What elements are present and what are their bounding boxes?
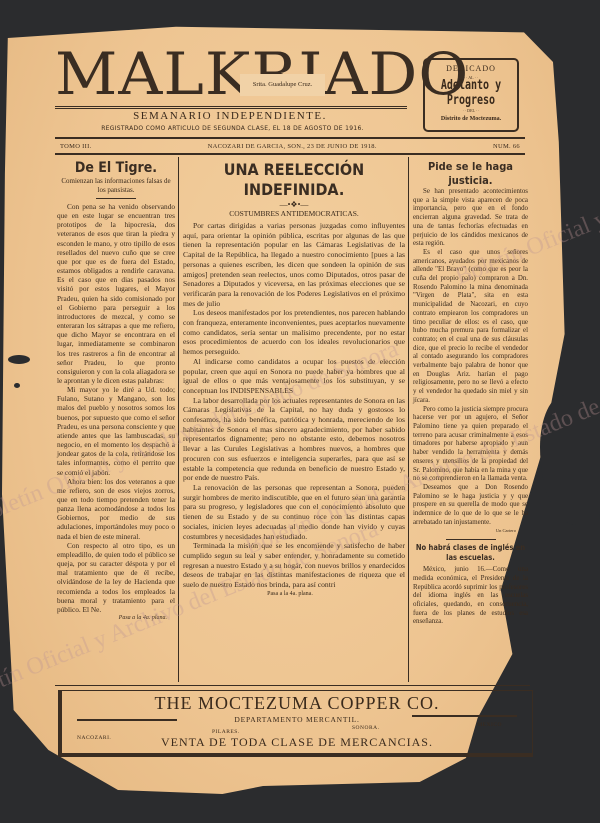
masthead-title: MALKRIADO — [55, 40, 422, 108]
column-divider — [408, 157, 409, 682]
paragraph: Al indicarse como candidatos a ocupar lo… — [183, 357, 405, 396]
masthead-subtitle: SEMANARIO INDEPENDIENTE. — [100, 110, 360, 122]
paragraph: Los deseos manifestados por los pretendi… — [183, 308, 405, 357]
paragraph: La renovación de las personas que repres… — [183, 483, 405, 541]
article-deck: COSTUMBRES ANTIDEMOCRATICAS. — [183, 209, 405, 218]
paragraph: Con pena se ha venido observando que en … — [57, 202, 175, 385]
continued-note: Pasa a la 4a. plana. — [183, 590, 405, 600]
continued-note: Pasa a la 4a. plana. — [57, 614, 175, 623]
divider — [446, 539, 496, 540]
dedication-line: Distrito de Moctezuma. — [425, 116, 517, 122]
article-justicia: Pide se le haga justicia. Se han present… — [413, 160, 528, 627]
article-de-el-tigre: De El Tigre. Comienzan las informaciones… — [57, 160, 175, 623]
dedication-line: Adelanto y Progreso — [425, 78, 517, 108]
dedication-line: DEDICADO — [425, 64, 517, 73]
paragraph: Deseamos que a Don Rosendo Palomino se l… — [413, 484, 528, 528]
volume-number: TOMO III. — [60, 143, 91, 150]
paragraph: Terminada la misión que se les encomiend… — [183, 541, 405, 590]
article-headline: De El Tigre. — [57, 160, 175, 177]
ad-place: MEXICO — [477, 722, 502, 728]
paragraph: La labor desarrollada por los actuales r… — [183, 396, 405, 483]
place-date: NACOZARI DE GARCIA, SON., 23 DE JUNIO DE… — [208, 143, 377, 150]
column-divider — [178, 157, 179, 682]
divider — [96, 198, 136, 199]
ad-tagline: VENTA DE TODA CLASE DE MERCANCIAS. — [62, 735, 532, 750]
paragraph: Se han presentado acontecimientos que a … — [413, 188, 528, 249]
ad-subtitle: DEPARTAMENTO MERCANTIL. — [62, 715, 532, 724]
paragraph: Con respecto al otro tipo, es un emplead… — [57, 541, 175, 614]
article-reeleccion: UNA REELECCIÓN INDEFINIDA. —•❖•— COSTUMB… — [183, 160, 405, 599]
paragraph: Ahora bien: los dos veteranos a que me r… — [57, 477, 175, 541]
dedication-line: · · DEL · · — [425, 108, 517, 113]
ad-title: THE MOCTEZUMA COPPER CO. — [62, 693, 532, 714]
dateline-rule — [55, 153, 525, 155]
paragraph: México, junio 16.—Como una medida económ… — [413, 566, 528, 627]
article-headline: UNA REELECCIÓN INDEFINIDA. — [183, 160, 405, 200]
issue-number: NUM. 66 — [493, 143, 520, 150]
article-signature: Un Cartero — [413, 527, 516, 536]
article-headline: No habrá clases de inglés en las escuela… — [413, 543, 528, 563]
subscriber-label: Srita. Guadalupe Cruz. — [240, 74, 325, 96]
paper-hole — [8, 355, 30, 364]
article-headline: Pide se le haga justicia. — [413, 160, 528, 188]
dateline-rule — [55, 137, 525, 139]
ornament: —•❖•— — [183, 200, 405, 209]
advertisement-box: THE MOCTEZUMA COPPER CO. DEPARTAMENTO ME… — [58, 690, 533, 757]
paragraph: Mi mayor yo le diré a Ud. todo; Fulano, … — [57, 385, 175, 477]
registration-notice: REGISTRADO COMO ARTICULO DE SEGUNDA CLAS… — [60, 125, 405, 132]
paragraph: Pero como la justicia siempre procura ha… — [413, 406, 528, 484]
dedication-box: DEDICADO · · AL · · Adelanto y Progreso … — [423, 58, 519, 132]
paragraph: Es el caso que unos señores americanos, … — [413, 249, 528, 406]
masthead-rule — [55, 106, 407, 107]
article-deck: Comienzan las informaciones falsas de lo… — [57, 177, 175, 195]
ad-top-rule — [55, 685, 530, 686]
masthead-rule — [55, 108, 407, 109]
dateline: TOMO III. NACOZARI DE GARCIA, SON., 23 D… — [60, 140, 520, 152]
ad-place: SONORA. — [352, 725, 380, 731]
paper-hole — [14, 383, 20, 388]
torn-edge — [540, 395, 600, 525]
paragraph: Por cartas dirigidas a varias personas j… — [183, 221, 405, 308]
